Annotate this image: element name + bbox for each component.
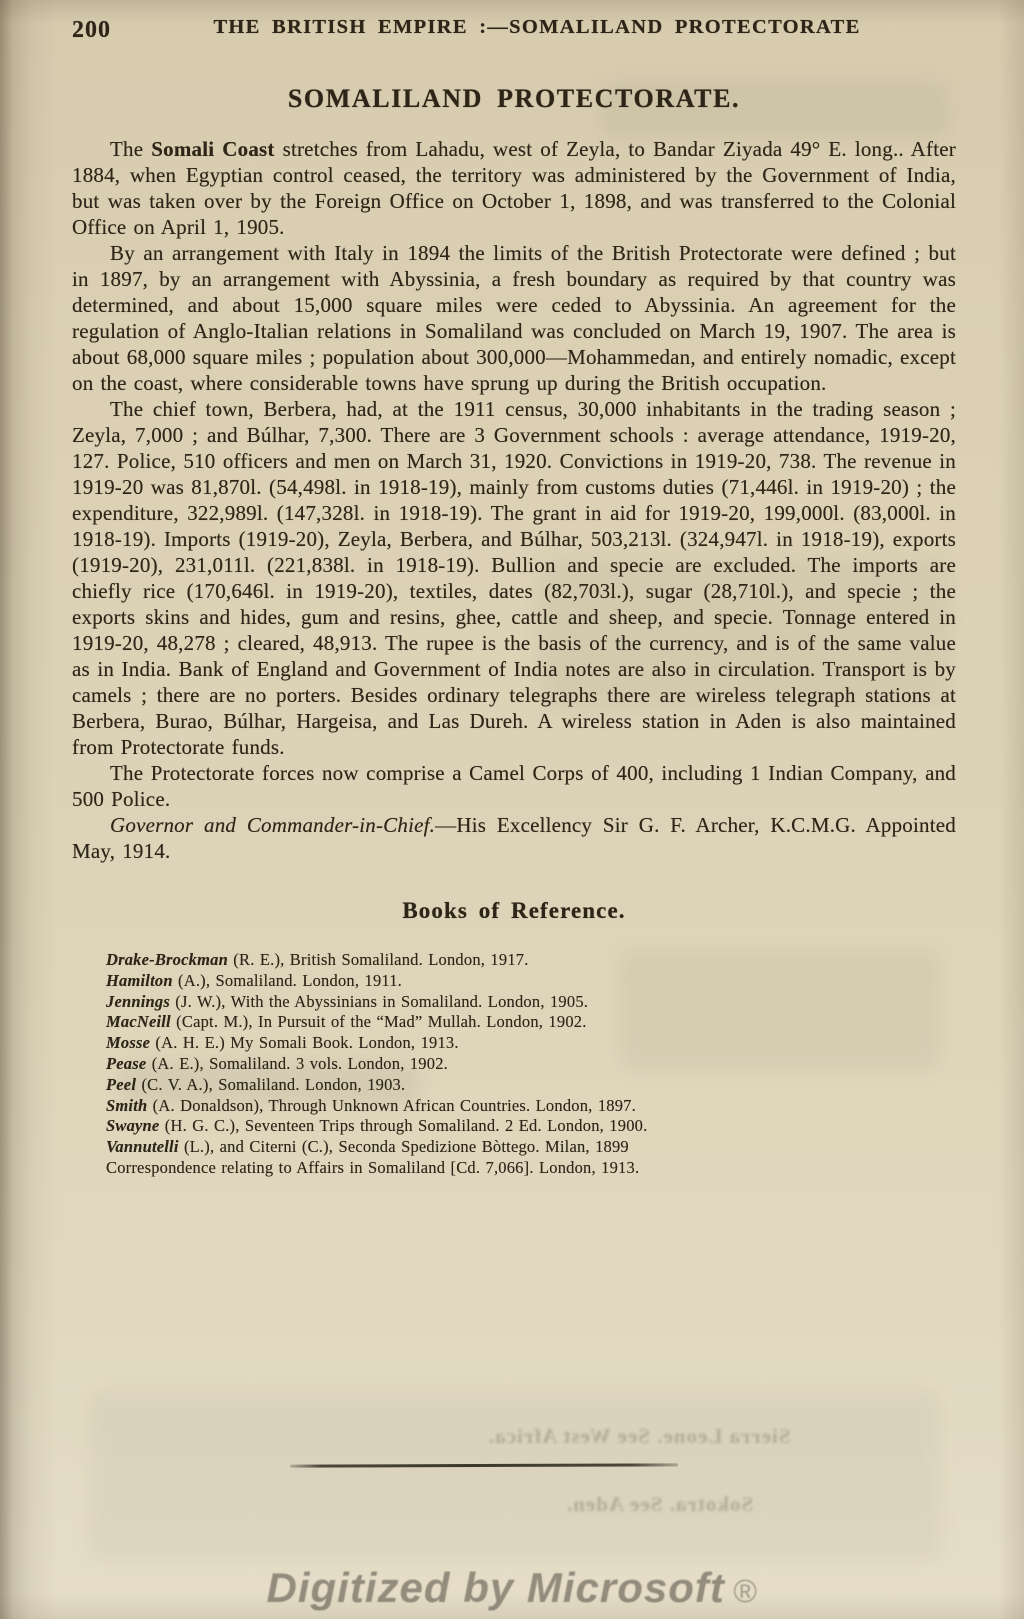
- book-author: Swayne: [106, 1116, 159, 1135]
- paragraph-trade-statistics: The chief town, Berbera, had, at the 191…: [72, 396, 956, 760]
- book-entry: Hamilton (A.), Somaliland. London, 1911.: [106, 971, 956, 992]
- book-entry: Vannutelli (L.), and Citerni (C.), Secon…: [106, 1137, 956, 1158]
- book-entry: MacNeill (Capt. M.), In Pursuit of the “…: [106, 1012, 956, 1033]
- book-entry: Pease (A. E.), Somaliland. 3 vols. Londo…: [106, 1054, 956, 1075]
- book-entry: Swayne (H. G. C.), Seventeen Trips throu…: [106, 1116, 956, 1137]
- paragraph-governor: Governor and Commander-in-Chief.—His Exc…: [72, 812, 956, 864]
- book-entry: Jennings (J. W.), With the Abyssinians i…: [106, 992, 956, 1013]
- book-author: Smith: [106, 1096, 147, 1115]
- paragraph-boundaries: By an arrangement with Italy in 1894 the…: [72, 240, 956, 396]
- page-content: 200 THE BRITISH EMPIRE :—SOMALILAND PROT…: [0, 0, 1024, 1179]
- book-details: (A. Donaldson), Through Unknown African …: [147, 1096, 636, 1115]
- paragraph-text: The: [110, 137, 151, 161]
- book-author: Mosse: [106, 1033, 150, 1052]
- book-author: Hamilton: [106, 971, 173, 990]
- book-author: Peel: [106, 1075, 136, 1094]
- book-details: (Capt. M.), In Pursuit of the “Mad” Mull…: [171, 1012, 587, 1031]
- book-details: (H. G. C.), Seventeen Trips through Soma…: [159, 1116, 647, 1135]
- page-title: SOMALILAND PROTECTORATE.: [72, 84, 956, 114]
- show-through-mirrored-text: Sierra Leone. See West Africa.: [488, 1424, 791, 1449]
- book-details: (L.), and Citerni (C.), Seconda Spedizio…: [179, 1137, 629, 1156]
- show-through-mirrored-text: Sokotra. See Aden.: [566, 1492, 753, 1517]
- book-details: (A.), Somaliland. London, 1911.: [173, 971, 402, 990]
- book-author: Pease: [106, 1054, 146, 1073]
- book-author: Vannutelli: [106, 1137, 179, 1156]
- book-details: (J. W.), With the Abyssinians in Somalil…: [170, 992, 588, 1011]
- running-header: THE BRITISH EMPIRE :—SOMALILAND PROTECTO…: [72, 16, 956, 39]
- article-body: The Somali Coast stretches from Lahadu, …: [72, 136, 956, 864]
- book-entry: Correspondence relating to Affairs in So…: [106, 1158, 956, 1179]
- book-details: Correspondence relating to Affairs in So…: [106, 1158, 639, 1177]
- watermark-text: Digitized by Microsoft: [267, 1564, 725, 1611]
- running-header-row: 200 THE BRITISH EMPIRE :—SOMALILAND PROT…: [72, 16, 956, 48]
- book-details: (R. E.), British Somaliland. London, 191…: [228, 950, 529, 969]
- page-number: 200: [72, 17, 111, 44]
- book-author: Drake-Brockman: [106, 950, 228, 969]
- paragraph-forces: The Protectorate forces now comprise a C…: [72, 760, 956, 812]
- book-details: (C. V. A.), Somaliland. London, 1903.: [136, 1075, 405, 1094]
- paragraph-somali-coast: The Somali Coast stretches from Lahadu, …: [72, 136, 956, 240]
- book-details: (A. E.), Somaliland. 3 vols. London, 190…: [146, 1054, 448, 1073]
- bold-somali-coast: Somali Coast: [151, 137, 274, 161]
- registered-trademark-icon: ®: [733, 1573, 758, 1609]
- book-entry: Peel (C. V. A.), Somaliland. London, 190…: [106, 1075, 956, 1096]
- book-author: MacNeill: [106, 1012, 171, 1031]
- show-through-blotch: [90, 1392, 940, 1558]
- book-entry: Smith (A. Donaldson), Through Unknown Af…: [106, 1096, 956, 1117]
- books-of-reference-heading: Books of Reference.: [72, 898, 956, 924]
- book-entry: Mosse (A. H. E.) My Somali Book. London,…: [106, 1033, 956, 1054]
- section-divider-rule: [290, 1463, 678, 1467]
- book-details: (A. H. E.) My Somali Book. London, 1913.: [150, 1033, 459, 1052]
- digitized-by-microsoft-watermark: Digitized by Microsoft®: [0, 1564, 1024, 1612]
- scanned-book-page: 200 THE BRITISH EMPIRE :—SOMALILAND PROT…: [0, 0, 1024, 1619]
- book-reference-list: Drake-Brockman (R. E.), British Somalila…: [106, 950, 956, 1179]
- book-author: Jennings: [106, 992, 170, 1011]
- governor-title-italic: Governor and Commander-in-Chief.: [110, 813, 435, 837]
- book-entry: Drake-Brockman (R. E.), British Somalila…: [106, 950, 956, 971]
